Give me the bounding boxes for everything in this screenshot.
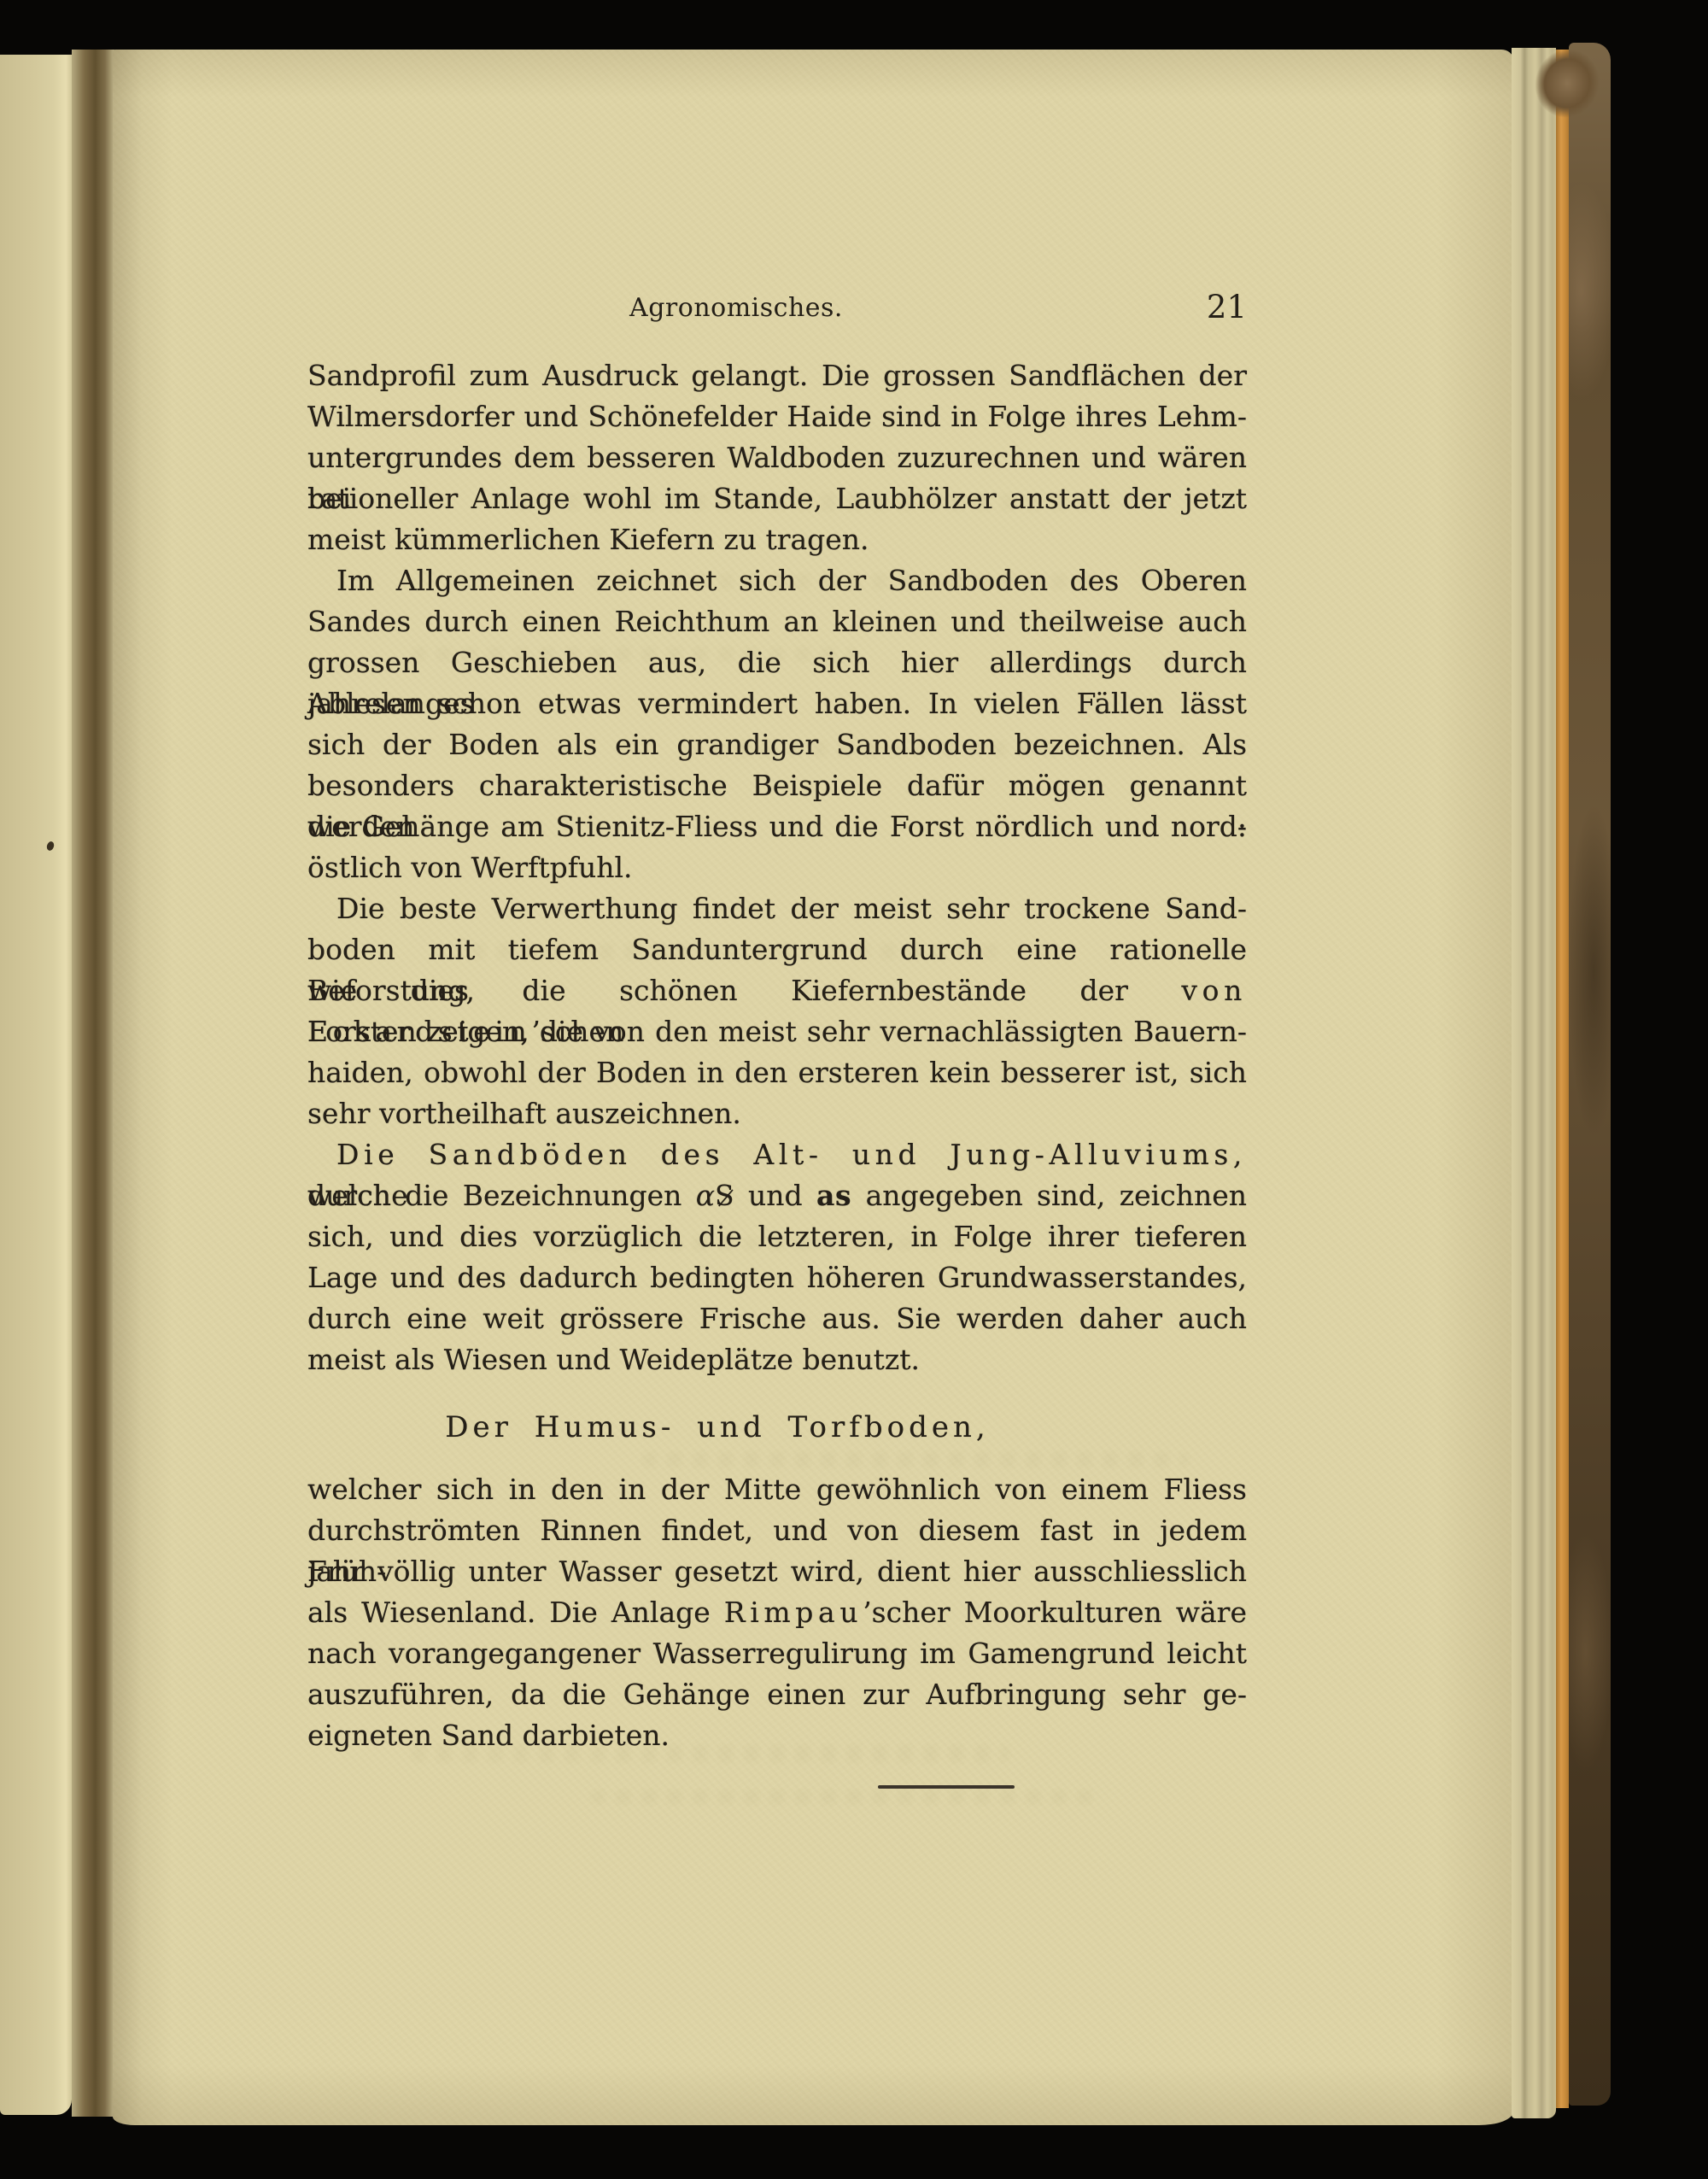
text-block: Sandprofil zum Ausdruck gelangt. Die gro… (307, 50, 1247, 2125)
gutter-shadow (72, 50, 114, 2117)
text-line: meist kümmerlichen Kiefern zu tragen. (307, 519, 1247, 560)
text-line: durchströmten Rinnen findet, und von die… (307, 1510, 1247, 1551)
text-line: Die Sandböden des Alt- und Jung-Alluvium… (307, 1134, 1247, 1175)
text-line: meist als Wiesen und Weideplätze benutzt… (307, 1339, 1247, 1380)
text-line: untergrundes dem besseren Waldboden zuzu… (307, 437, 1247, 478)
text-line: besonders charakteristische Beispiele da… (307, 765, 1247, 806)
text-line: Lage und des dadurch bedingten höheren G… (307, 1257, 1247, 1298)
text-line: Sandes durch einen Reichthum an kleinen … (307, 601, 1247, 642)
previous-page-edge (0, 55, 72, 2115)
text-line: Ablesen schon etwas vermindert haben. In… (307, 683, 1247, 724)
text-line: Die beste Verwerthung findet der meist s… (307, 888, 1247, 929)
text-line: durch die Bezeichnungen αS̷ und as angeg… (307, 1175, 1247, 1216)
book-page: Agronomisches. 21 Sandprofil zum Ausdruc… (113, 50, 1513, 2125)
text-line: eigneten Sand darbieten. (307, 1715, 1247, 1756)
text-line: auszuführen, da die Gehänge einen zur Au… (307, 1674, 1247, 1715)
page-edges-stack (1512, 48, 1556, 2118)
text-line: rationeller Anlage wohl im Stande, Laubh… (307, 478, 1247, 519)
text-line: sehr vortheilhaft auszeichnen. (307, 1093, 1247, 1134)
text-line: nach vorangegangener Wasserregulirung im… (307, 1633, 1247, 1674)
paragraph: Im Allgemeinen zeichnet sich der Sandbod… (307, 560, 1247, 888)
text-line: Wilmersdorfer und Schönefelder Haide sin… (307, 396, 1247, 437)
text-line: Im Allgemeinen zeichnet sich der Sandbod… (307, 560, 1247, 601)
section-heading: Der Humus- und Torfboden, (248, 1406, 1187, 1449)
text-line: wie dies die schönen Kiefernbestände der… (307, 970, 1247, 1011)
paragraph: Sandprofil zum Ausdruck gelangt. Die gro… (307, 355, 1247, 560)
text-line: welcher sich in den in der Mitte gewöhnl… (307, 1469, 1247, 1510)
paragraph: welcher sich in den in der Mitte gewöhnl… (307, 1469, 1247, 1756)
text-line: haiden, obwohl der Boden in den ersteren… (307, 1052, 1247, 1093)
text-line: östlich von Werftpfuhl. (307, 847, 1247, 888)
text-line: als Wiesenland. Die Anlage Rimpau’scher … (307, 1592, 1247, 1633)
text-line: die Gehänge am Stienitz-Fliess und die F… (307, 806, 1247, 847)
binding-leather-strip (1569, 43, 1611, 2106)
text-line: Sandprofil zum Ausdruck gelangt. Die gro… (307, 355, 1247, 396)
text-line: durch eine weit grössere Frische aus. Si… (307, 1298, 1247, 1339)
text-line: jahr völlig unter Wasser gesetzt wird, d… (307, 1551, 1247, 1592)
text-line: sich der Boden als ein grandiger Sandbod… (307, 724, 1247, 765)
fore-edge-orange-strip (1556, 50, 1569, 2108)
text-line: grossen Geschieben aus, die sich hier al… (307, 642, 1247, 683)
book-scan: Agronomisches. 21 Sandprofil zum Ausdruc… (0, 0, 1708, 2179)
paragraph: Die Sandböden des Alt- und Jung-Alluvium… (307, 1134, 1247, 1380)
end-divider-rule (878, 1785, 1015, 1789)
text-line: boden mit tiefem Sanduntergrund durch ei… (307, 929, 1247, 970)
text-line: Forsten zeigen, die von den meist sehr v… (307, 1011, 1247, 1052)
text-line: sich, und dies vorzüglich die letzteren,… (307, 1216, 1247, 1257)
paragraph: Die beste Verwerthung findet der meist s… (307, 888, 1247, 1134)
